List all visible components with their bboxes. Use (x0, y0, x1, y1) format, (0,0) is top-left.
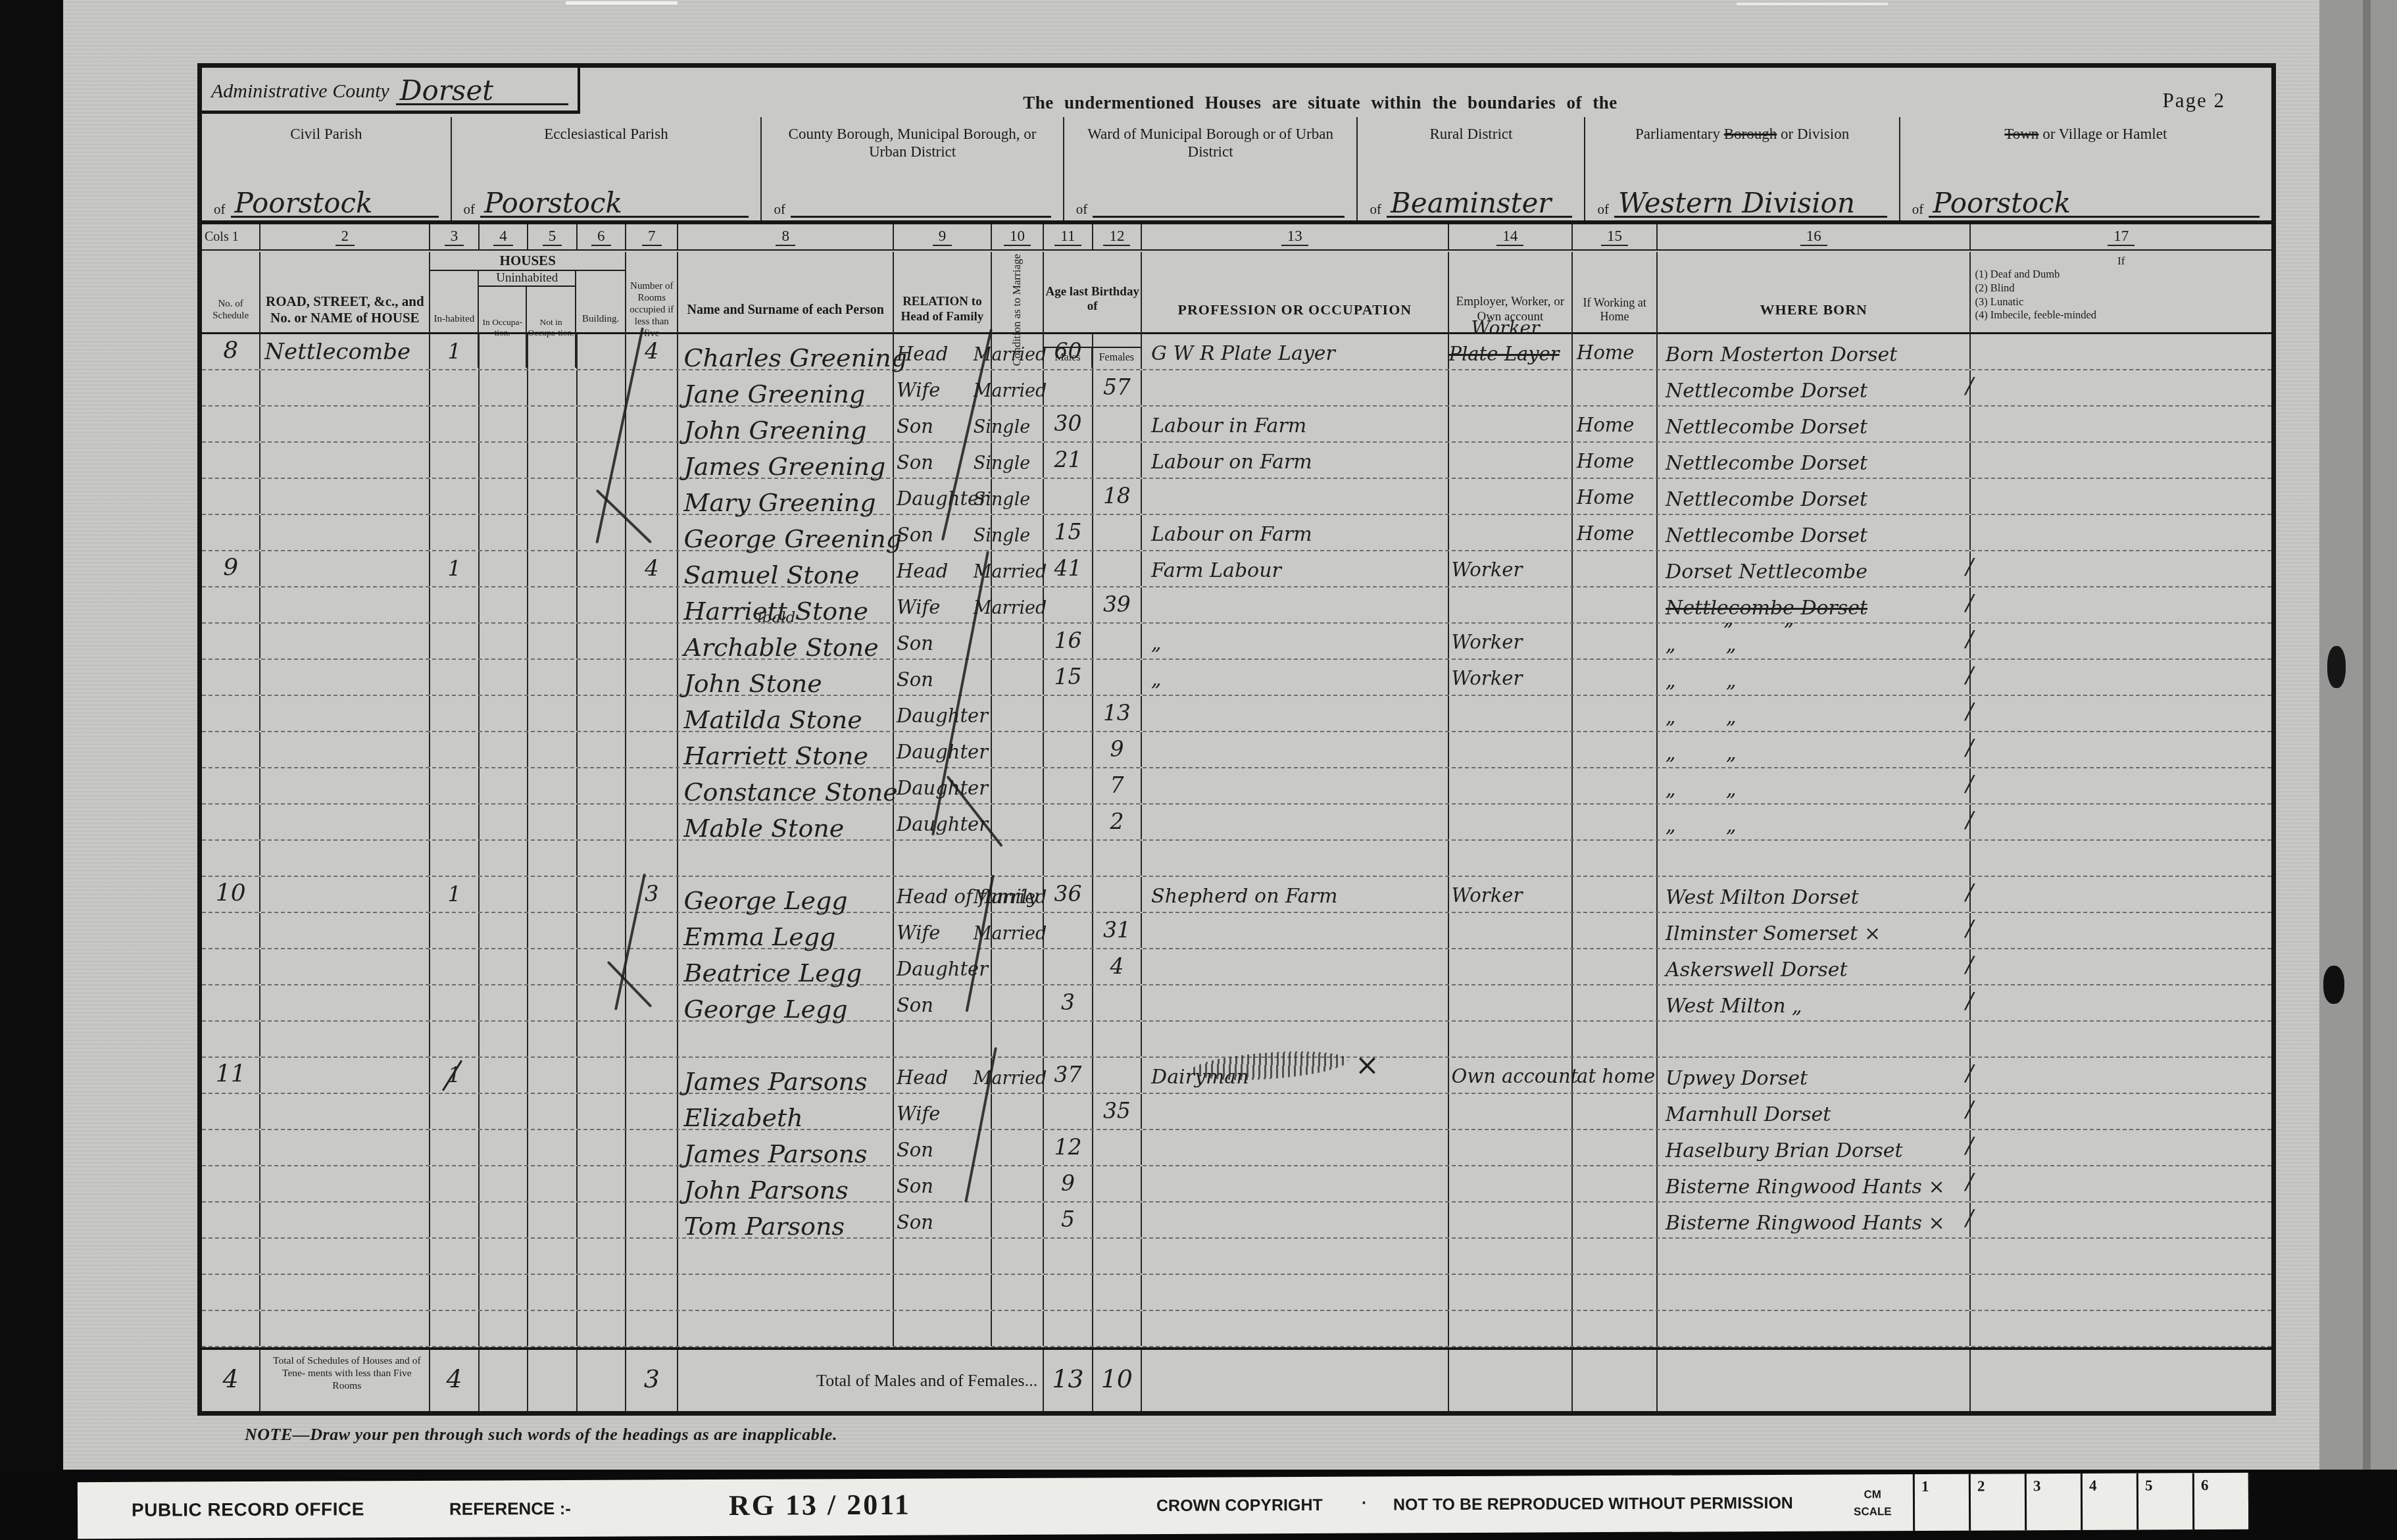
total-rooms: 3 (626, 1350, 677, 1408)
crown-copyright-label: CROWN COPYRIGHT (1156, 1496, 1323, 1516)
cell-birthplace: Bisterne Ringwood Hants × (1658, 1203, 1971, 1237)
census-form: Administrative County Dorset The underme… (197, 63, 2276, 1416)
cell-in-occupation (480, 1094, 528, 1129)
cell-employer (1449, 370, 1573, 405)
scan-edge-line (2363, 0, 2371, 1540)
cell-in-occupation (480, 551, 528, 586)
age-female: 35 (1093, 1094, 1141, 1128)
cell-employer: Own account (1449, 1058, 1573, 1093)
cell-schedule: 11 (202, 1058, 260, 1093)
cell-age-female (1093, 334, 1142, 369)
cell-occupation (1142, 1094, 1448, 1129)
birthplace: Nettlecombe Dorset (1666, 452, 1867, 475)
cell-infirmities (1971, 1203, 2271, 1237)
cell-schedule (202, 1094, 260, 1129)
person-name: John Stone (683, 671, 822, 696)
age-male: 21 (1044, 443, 1091, 477)
age-female: 18 (1093, 479, 1141, 513)
cell-name: Tom Parsons (678, 1203, 894, 1237)
cell-age-male: 9 (1044, 1166, 1093, 1201)
cell-age-male (1044, 370, 1093, 405)
age-female: 7 (1093, 768, 1141, 803)
cell-building (578, 370, 626, 405)
cell-occupation: „ (1142, 624, 1448, 658)
cell-age-male (1044, 587, 1093, 622)
cell-road (260, 1239, 430, 1274)
cell-occupation (1142, 805, 1448, 839)
cell-name: Charles Greening (678, 334, 894, 369)
cell-infirmities (1971, 696, 2271, 731)
cell-working-at-home (1573, 877, 1658, 912)
cell-condition (992, 732, 1044, 767)
cell-not-in-occupation (528, 1239, 577, 1274)
inhabited-mark: 1 (430, 551, 478, 585)
age-male: 3 (1044, 985, 1091, 1020)
cell-age-female: 9 (1093, 732, 1142, 767)
cell-age-male (1044, 805, 1093, 839)
cell-age-male (1044, 768, 1093, 803)
age-male: 12 (1044, 1130, 1091, 1164)
cell-road (260, 1203, 430, 1237)
cell-relation (894, 1275, 992, 1310)
relation-to-head: Son (897, 524, 933, 546)
cell-road: Nettlecombe (260, 334, 430, 369)
table-row (202, 1311, 2271, 1347)
cell-building (578, 443, 626, 478)
cell-relation: Wife (894, 1094, 992, 1129)
cell-road (260, 660, 430, 695)
schedule-number: 8 (202, 334, 259, 367)
cell-infirmities (1971, 515, 2271, 550)
cell-age-male (1044, 913, 1093, 948)
cell-occupation (1142, 479, 1448, 514)
cell-inhabited (430, 1130, 479, 1165)
cell-infirmities (1971, 1275, 2271, 1310)
person-name: James Greening (683, 454, 885, 479)
cell-not-in-occupation (528, 624, 577, 658)
cell-not-in-occupation (528, 1166, 577, 1201)
cell-inhabited (430, 732, 479, 767)
cell-rooms (626, 696, 678, 731)
cell-age-male: 30 (1044, 407, 1093, 441)
cell-inhabited (430, 1239, 479, 1274)
employer-status: Worker (1452, 559, 1523, 581)
cell-not-in-occupation (528, 985, 577, 1020)
table-row: 8 Nettlecombe 1 4 Charles Greening Head … (202, 334, 2271, 370)
cell-road (260, 1022, 430, 1056)
cell-name: Mable Stone (678, 805, 894, 839)
cell-not-in-occupation (528, 1058, 577, 1093)
person-name: John Greening (683, 418, 866, 443)
cell-working-at-home: Home (1573, 334, 1658, 369)
column-number-row: Cols 1 2 3 4 5 6 7 8 9 10 11 12 13 14 15… (202, 224, 2271, 251)
cell-in-occupation (480, 949, 528, 984)
town-village-value: Poorstock (1929, 191, 2071, 216)
cell-rooms (626, 443, 678, 478)
age-male: 9 (1044, 1166, 1091, 1201)
cell-building (578, 805, 626, 839)
cell-infirmities (1971, 443, 2271, 478)
cell-road (260, 624, 430, 658)
rooms-count: 4 (626, 551, 677, 585)
cell-condition (992, 1022, 1044, 1056)
cell-building (578, 1022, 626, 1056)
cell-age-male: 12 (1044, 1130, 1093, 1165)
cell-not-in-occupation (528, 587, 577, 622)
cell-birthplace: Nettlecombe Dorset (1658, 407, 1971, 441)
cell-birthplace: Nettlecombe Dorset (1658, 370, 1971, 405)
cell-infirmities (1971, 660, 2271, 695)
cell-occupation (1142, 370, 1448, 405)
cell-working-at-home (1573, 1166, 1658, 1201)
cell-working-at-home (1573, 949, 1658, 984)
ecclesiastical-parish-value: Poorstock (480, 191, 622, 216)
cell-rooms (626, 732, 678, 767)
cell-schedule (202, 949, 260, 984)
cell-age-female (1093, 1203, 1142, 1237)
cell-not-in-occupation (528, 370, 577, 405)
civil-parish-value: Poorstock (231, 191, 373, 216)
cell-road (260, 551, 430, 586)
separator-dot: · (1362, 1494, 1367, 1513)
cell-employer: Worker (1449, 660, 1573, 695)
cell-employer (1449, 913, 1573, 948)
cell-rooms (626, 479, 678, 514)
working-at-home: at home (1577, 1065, 1655, 1087)
cell-name: Elizabeth (678, 1094, 894, 1129)
occupation: G W R Plate Layer (1151, 342, 1335, 365)
cell-infirmities (1971, 1311, 2271, 1346)
marital-condition: Single (974, 526, 1030, 546)
header-uninhabited: Uninhabited (479, 271, 575, 287)
age-male: 30 (1044, 407, 1091, 441)
cell-not-in-occupation (528, 660, 577, 695)
table-row: Elizabeth Wife 35 Marnhull Dorset (202, 1094, 2271, 1130)
cell-name: John Stone (678, 660, 894, 695)
cell-employer (1449, 407, 1573, 441)
person-name: James Parsons (683, 1069, 867, 1094)
cell-working-at-home (1573, 660, 1658, 695)
cell-condition: Single (992, 515, 1044, 550)
cell-age-male (1044, 1239, 1093, 1274)
cell-occupation (1142, 1239, 1448, 1274)
situate-statement: The undermentioned Houses are situate wi… (893, 93, 1748, 113)
cell-occupation (1142, 913, 1448, 948)
cell-inhabited (430, 479, 479, 514)
cell-rooms (626, 370, 678, 405)
cell-name (678, 1239, 894, 1274)
age-male: 37 (1044, 1058, 1091, 1092)
cell-building (578, 1130, 626, 1165)
cell-condition (992, 1094, 1044, 1129)
cell-road (260, 841, 430, 876)
cell-working-at-home (1573, 768, 1658, 803)
cell-road (260, 443, 430, 478)
cell-age-male (1044, 1022, 1093, 1056)
employer-status: Own account (1452, 1065, 1579, 1087)
permission-notice: NOT TO BE REPRODUCED WITHOUT PERMISSION (1393, 1494, 1793, 1515)
cell-infirmities (1971, 985, 2271, 1020)
working-at-home: Home (1577, 414, 1634, 436)
cell-age-male: 15 (1044, 660, 1093, 695)
cell-in-occupation (480, 407, 528, 441)
birthplace: Upwey Dorset (1666, 1067, 1808, 1090)
cell-working-at-home (1573, 551, 1658, 586)
cell-building (578, 732, 626, 767)
cell-name (678, 1022, 894, 1056)
cell-infirmities (1971, 1166, 2271, 1201)
cell-birthplace: West Milton „ (1658, 985, 1971, 1020)
cell-name: John Greening (678, 407, 894, 441)
cell-working-at-home (1573, 1094, 1658, 1129)
cell-employer (1449, 768, 1573, 803)
cell-rooms (626, 1022, 678, 1056)
employer-status: Worker (1452, 667, 1523, 689)
area-ward: Ward of Municipal Borough or of Urban Di… (1063, 117, 1357, 220)
cell-age-female: 13 (1093, 696, 1142, 731)
cell-schedule (202, 985, 260, 1020)
cell-road (260, 805, 430, 839)
cell-relation: Daughter (894, 732, 992, 767)
table-row (202, 1275, 2271, 1311)
cell-age-male: 36 (1044, 877, 1093, 912)
cell-occupation (1142, 696, 1448, 731)
relation-to-head: Son (897, 451, 933, 474)
table-row: Emma Legg Wife Married 31 Ilminster Some… (202, 913, 2271, 949)
cell-schedule (202, 732, 260, 767)
relation-to-head: Son (897, 415, 933, 437)
cell-occupation (1142, 1130, 1448, 1165)
person-name: Tom Parsons (683, 1214, 844, 1239)
working-at-home: Home (1577, 450, 1634, 472)
cell-in-occupation (480, 913, 528, 948)
cell-not-in-occupation (528, 732, 577, 767)
employer-correction: Worker (1471, 317, 1540, 339)
person-name: Mable Stone (683, 816, 844, 841)
relation-to-head: Daughter (897, 741, 988, 763)
table-row: John Parsons Son 9 Bisterne Ringwood Han… (202, 1166, 2271, 1203)
cell-schedule: 10 (202, 877, 260, 912)
cell-schedule (202, 443, 260, 478)
table-row (202, 1239, 2271, 1275)
relation-to-head: Head (897, 343, 948, 365)
cell-age-female (1093, 841, 1142, 876)
totals-houses-label: Total of Schedules of Houses and of Tene… (260, 1350, 430, 1411)
cell-occupation: Farm Labour (1142, 551, 1448, 586)
cell-in-occupation (480, 1130, 528, 1165)
cell-infirmities (1971, 1094, 2271, 1129)
area-parliamentary-division: Parliamentary Borough or Division ofWest… (1584, 117, 1898, 220)
cell-not-in-occupation (528, 443, 577, 478)
cell-age-female (1093, 660, 1142, 695)
cell-age-female (1093, 1275, 1142, 1310)
cell-schedule (202, 587, 260, 622)
cell-not-in-occupation (528, 1130, 577, 1165)
cell-infirmities (1971, 479, 2271, 514)
cell-name (678, 1311, 894, 1346)
cell-rooms (626, 587, 678, 622)
cell-rooms (626, 1239, 678, 1274)
cell-infirmities (1971, 551, 2271, 586)
cell-inhabited (430, 1166, 479, 1201)
cell-age-female (1093, 985, 1142, 1020)
cell-employer (1449, 696, 1573, 731)
working-at-home: Home (1577, 341, 1634, 364)
cell-employer (1449, 1275, 1573, 1310)
table-row: George Legg Son 3 West Milton „ (202, 985, 2271, 1022)
cell-age-female: 18 (1093, 479, 1142, 514)
total-inhabited: 4 (430, 1350, 478, 1408)
cell-condition: Married (992, 587, 1044, 622)
marital-condition: Married (974, 381, 1047, 401)
totals-row: 4 Total of Schedules of Houses and of Te… (202, 1347, 2271, 1411)
age-male: 36 (1044, 877, 1091, 911)
birthplace: Nettlecombe Dorset (1666, 380, 1867, 403)
age-female: 39 (1093, 587, 1141, 622)
employer-struck: Plate Layer (1449, 343, 1560, 365)
table-row: Beatrice Legg Daughter 4 Askerswell Dors… (202, 949, 2271, 985)
cell-condition (992, 696, 1044, 731)
cell-schedule (202, 515, 260, 550)
cell-in-occupation (480, 877, 528, 912)
cell-employer (1449, 841, 1573, 876)
cell-age-male (1044, 732, 1093, 767)
cell-not-in-occupation (528, 805, 577, 839)
administrative-county-label: Administrative County (211, 80, 389, 105)
cell-rooms (626, 768, 678, 803)
age-female: 13 (1093, 696, 1141, 730)
cell-birthplace: „ „ (1658, 768, 1971, 803)
scan-artifact (2323, 966, 2344, 1004)
cell-condition (992, 660, 1044, 695)
road-name: Nettlecombe (264, 339, 410, 365)
cell-infirmities (1971, 1022, 2271, 1056)
cell-building (578, 1166, 626, 1201)
cell-building (578, 768, 626, 803)
marital-condition: Single (974, 453, 1030, 474)
cell-building (578, 696, 626, 731)
cell-condition (992, 805, 1044, 839)
age-female: 2 (1093, 805, 1141, 839)
cell-employer (1449, 1203, 1573, 1237)
cell-name: James Greening (678, 443, 894, 478)
age-female: 31 (1093, 913, 1141, 947)
cell-not-in-occupation (528, 1203, 577, 1237)
cell-not-in-occupation (528, 877, 577, 912)
cell-relation (894, 1022, 992, 1056)
cell-infirmities (1971, 1239, 2271, 1274)
cell-building (578, 1275, 626, 1310)
cell-relation: Daughter (894, 696, 992, 731)
cell-not-in-occupation (528, 1022, 577, 1056)
cell-age-female (1093, 1022, 1142, 1056)
cell-inhabited: 1 (430, 551, 479, 586)
area-county-borough: County Borough, Municipal Borough, or Ur… (760, 117, 1062, 220)
cell-road (260, 1058, 430, 1093)
parliamentary-division-value: Western Division (1614, 191, 1855, 216)
cell-road (260, 1311, 430, 1346)
person-name: Charles Greening (683, 345, 907, 370)
cell-in-occupation (480, 1311, 528, 1346)
cell-building (578, 913, 626, 948)
cell-infirmities (1971, 841, 2271, 876)
cell-inhabited (430, 1203, 479, 1237)
cell-road (260, 949, 430, 984)
cell-infirmities (1971, 949, 2271, 984)
cell-birthplace: „ „ (1658, 696, 1971, 731)
cell-inhabited (430, 696, 479, 731)
birthplace: Marnhull Dorset (1666, 1103, 1831, 1126)
cell-condition: Single (992, 407, 1044, 441)
age-male: 15 (1044, 515, 1091, 549)
cell-age-female (1093, 877, 1142, 912)
cell-relation (894, 1311, 992, 1346)
cell-occupation: Dairyman (1142, 1058, 1448, 1093)
cell-age-female: 35 (1093, 1094, 1142, 1129)
rooms-count: 3 (626, 877, 677, 911)
cell-age-male: 15 (1044, 515, 1093, 550)
cell-employer: Worker (1449, 551, 1573, 586)
cell-birthplace: West Milton Dorset (1658, 877, 1971, 912)
table-row: John Stone Son 15 „ Worker „ „ (202, 660, 2271, 696)
working-at-home: Home (1577, 486, 1634, 509)
relation-to-head: Wife (897, 596, 940, 618)
cell-occupation (1142, 768, 1448, 803)
cell-not-in-occupation (528, 407, 577, 441)
relation-to-head: Wife (897, 379, 940, 401)
cell-road (260, 1130, 430, 1165)
person-name: Mary Greening (683, 490, 876, 515)
cell-relation: Son (894, 985, 992, 1020)
total-males: 13 (1044, 1350, 1091, 1408)
cell-schedule (202, 1203, 260, 1237)
cell-not-in-occupation (528, 551, 577, 586)
cell-relation: Son (894, 624, 992, 658)
birthplace: West Milton „ (1666, 995, 1802, 1018)
cell-age-female (1093, 443, 1142, 478)
cell-occupation (1142, 841, 1448, 876)
cell-birthplace: Nettlecombe Dorset„ „ (1658, 587, 1971, 622)
cell-building (578, 841, 626, 876)
inhabited-mark: 1 (430, 877, 478, 911)
cell-in-occupation (480, 1022, 528, 1056)
birthplace: „ „ (1666, 778, 1736, 801)
cell-rooms (626, 805, 678, 839)
cell-age-female: 7 (1093, 768, 1142, 803)
cell-road (260, 985, 430, 1020)
cell-birthplace (1658, 1275, 1971, 1310)
cell-inhabited (430, 1275, 479, 1310)
cell-age-female (1093, 551, 1142, 586)
cell-condition (992, 985, 1044, 1020)
cell-age-male: 16 (1044, 624, 1093, 658)
cell-working-at-home (1573, 985, 1658, 1020)
marital-condition: Married (974, 1068, 1047, 1089)
cell-working-at-home (1573, 370, 1658, 405)
cell-condition (992, 1275, 1044, 1310)
cell-inhabited (430, 1022, 479, 1056)
cell-employer (1449, 1311, 1573, 1346)
cell-inhabited (430, 841, 479, 876)
cell-schedule (202, 913, 260, 948)
marital-condition: Married (974, 887, 1047, 908)
birthplace: Haselbury Brian Dorset (1666, 1139, 1903, 1162)
inhabited-mark: 1 (430, 1058, 478, 1092)
cell-name: George Legg (678, 985, 894, 1020)
cell-age-male (1044, 949, 1093, 984)
administrative-county-box: Administrative County Dorset (202, 68, 580, 114)
scan-artifact (1737, 3, 1888, 5)
